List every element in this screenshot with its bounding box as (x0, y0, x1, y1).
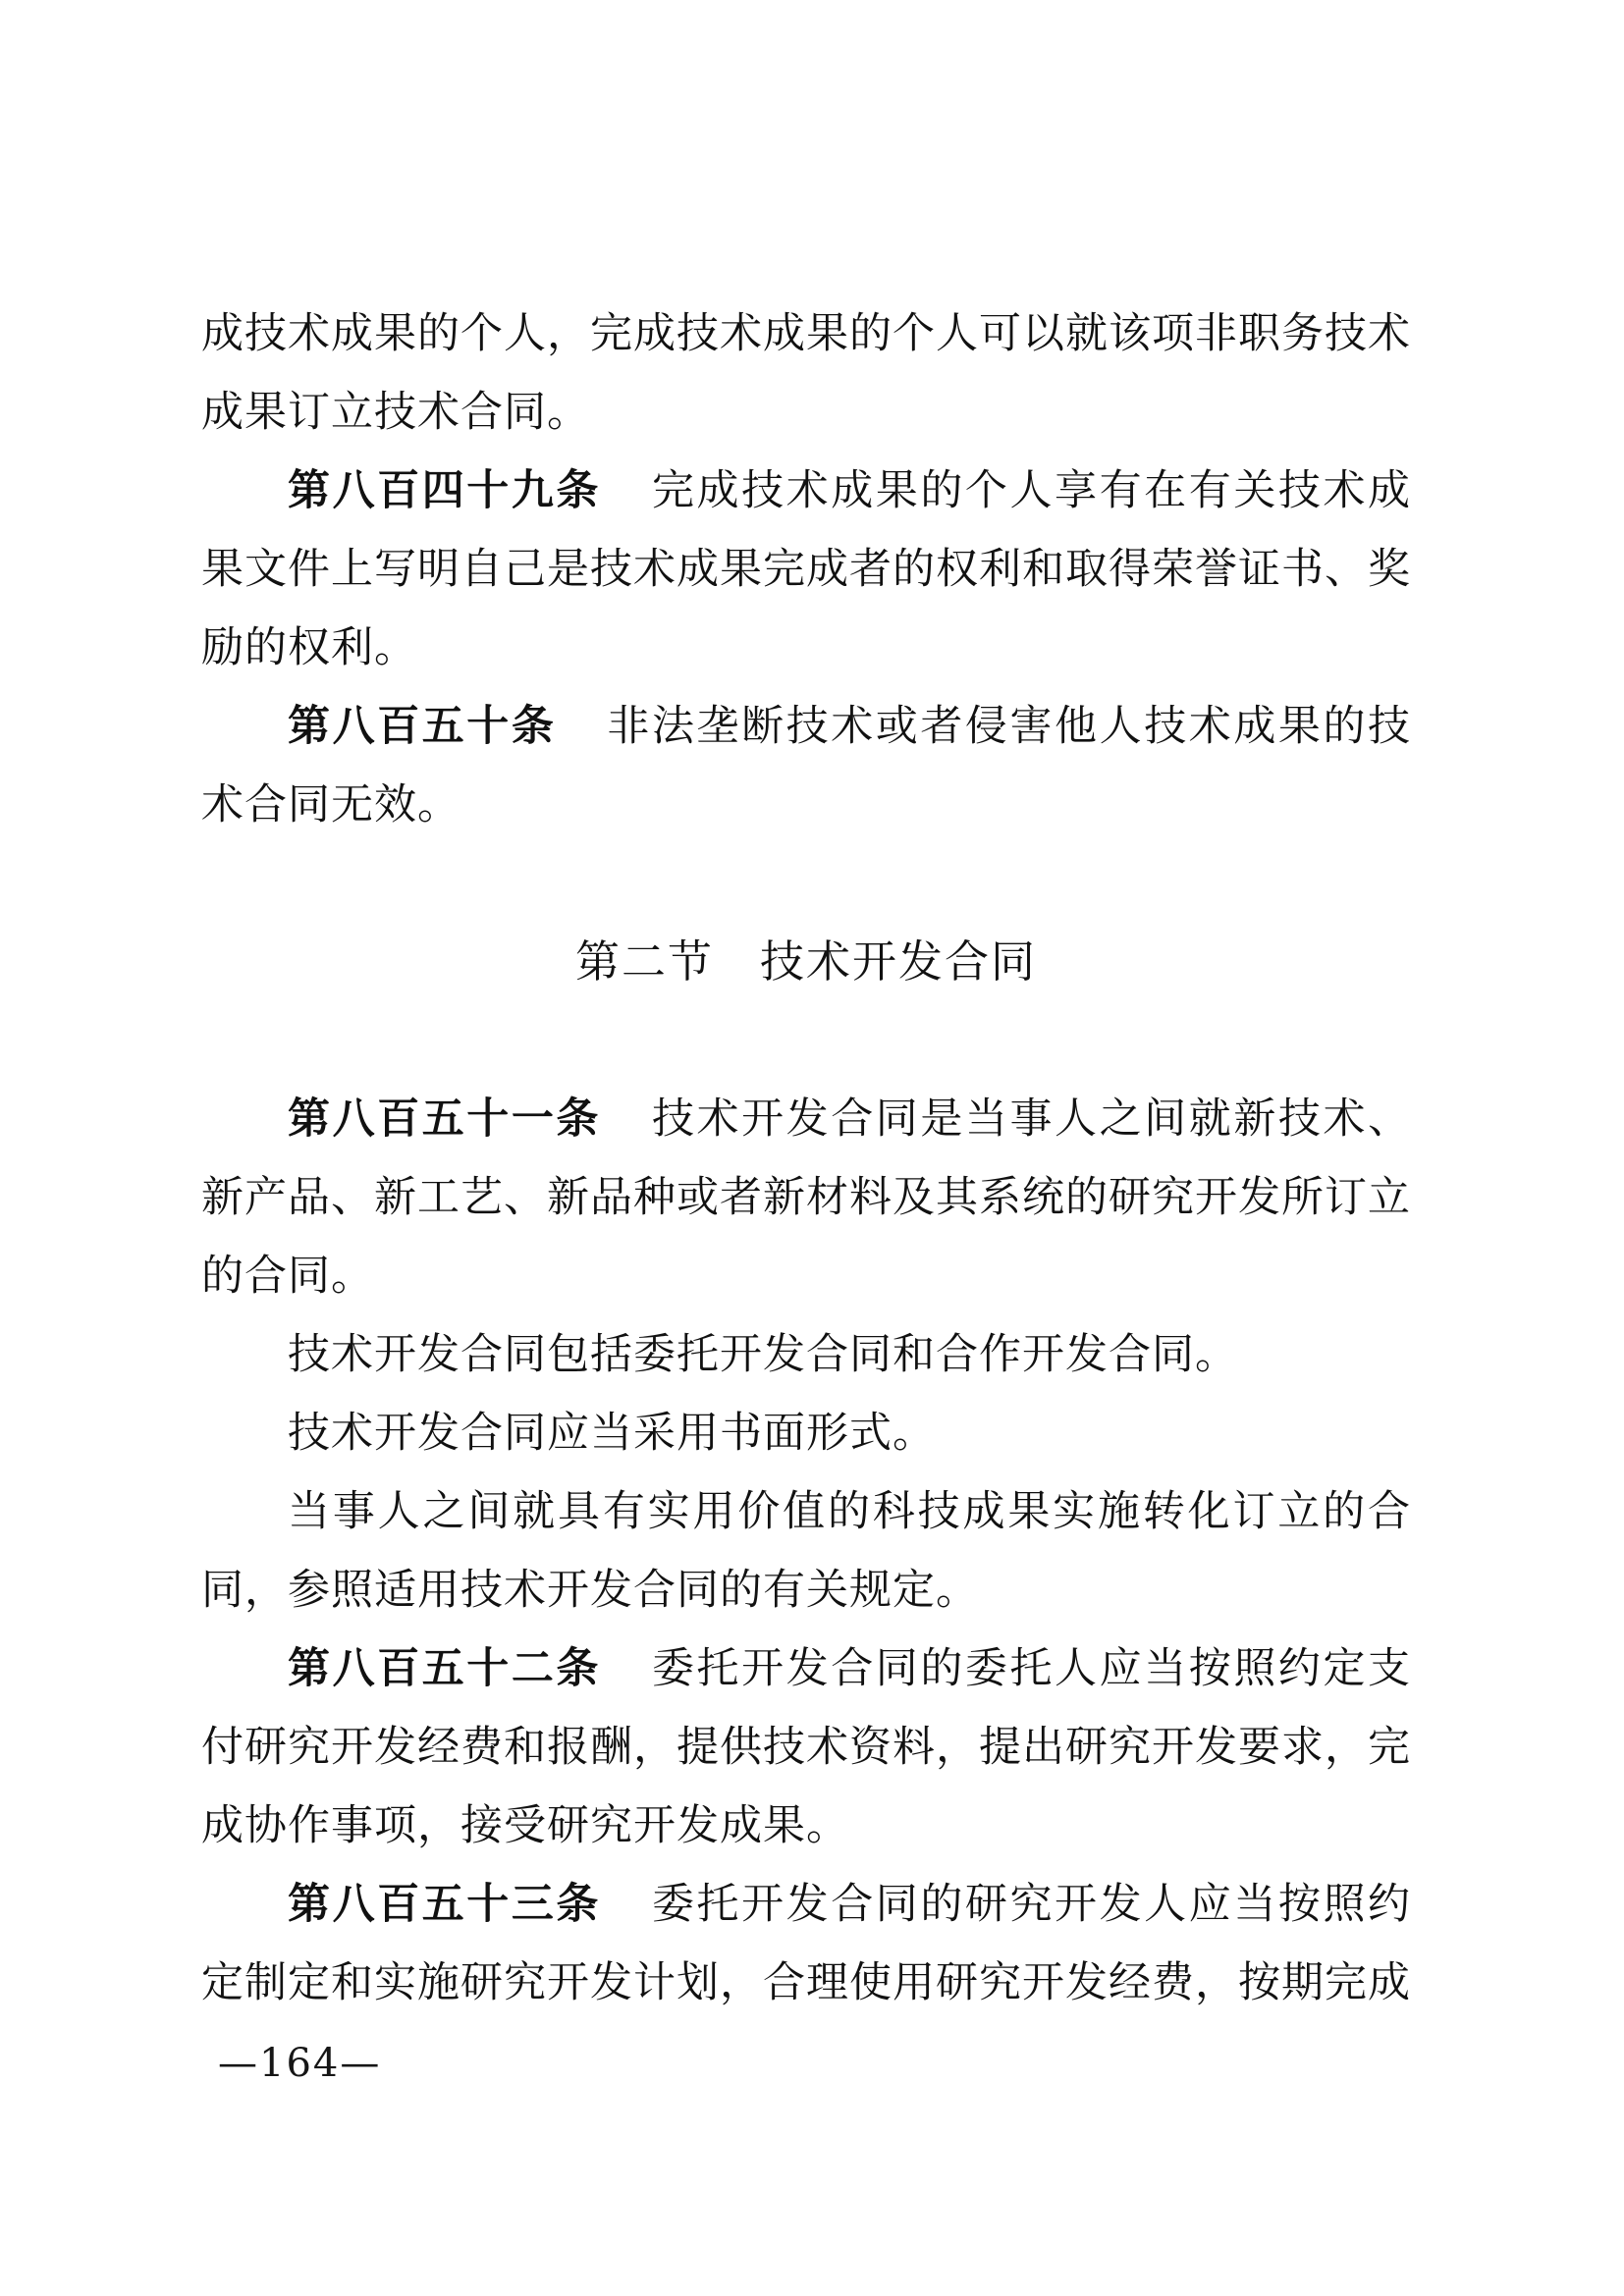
document-page: 成技术成果的个人，完成技术成果的个人可以就该项非职务技术成果订立技术合同。第八百… (0, 0, 1624, 2296)
article-number: 第八百五十条 (288, 702, 556, 751)
paragraph-text: 成技术成果的个人，完成技术成果的个人可以就该项非职务技术成果订立技术合同。 (201, 309, 1411, 437)
section-heading: 第二节 技术开发合同 (201, 923, 1411, 1001)
paragraph-text: 技术开发合同应当采用书面形式。 (288, 1409, 936, 1458)
paragraph-text: 当事人之间就具有实用价值的科技成果实施转化订立的合同，参照适用技术开发合同的有关… (201, 1487, 1411, 1615)
article-number: 第八百五十一条 (288, 1095, 601, 1144)
page-number: —164— (218, 2040, 381, 2087)
paragraph: 技术开发合同包括委托开发合同和合作开发合同。 (201, 1315, 1411, 1394)
article-number: 第八百四十九条 (288, 466, 601, 515)
article-number: 第八百五十三条 (288, 1880, 601, 1929)
paragraph: 第八百五十一条技术开发合同是当事人之间就新技术、新产品、新工艺、新品种或者新材料… (201, 1080, 1411, 1315)
paragraph-continued: 成技术成果的个人，完成技术成果的个人可以就该项非职务技术成果订立技术合同。 (201, 294, 1411, 452)
paragraph: 第八百五十条非法垄断技术或者侵害他人技术成果的技术合同无效。 (201, 687, 1411, 844)
paragraph-text: 技术开发合同包括委托开发合同和合作开发合同。 (288, 1330, 1238, 1379)
page-body: 成技术成果的个人，完成技术成果的个人可以就该项非职务技术成果订立技术合同。第八百… (201, 294, 1411, 2022)
article-number: 第八百五十二条 (288, 1644, 601, 1693)
paragraph: 第八百五十二条委托开发合同的委托人应当按照约定支付研究开发经费和报酬，提供技术资… (201, 1629, 1411, 1865)
paragraph: 第八百五十三条委托开发合同的研究开发人应当按照约定制定和实施研究开发计划，合理使… (201, 1865, 1411, 2022)
paragraph: 技术开发合同应当采用书面形式。 (201, 1394, 1411, 1472)
paragraph: 第八百四十九条完成技术成果的个人享有在有关技术成果文件上写明自己是技术成果完成者… (201, 452, 1411, 687)
paragraph: 当事人之间就具有实用价值的科技成果实施转化订立的合同，参照适用技术开发合同的有关… (201, 1472, 1411, 1629)
